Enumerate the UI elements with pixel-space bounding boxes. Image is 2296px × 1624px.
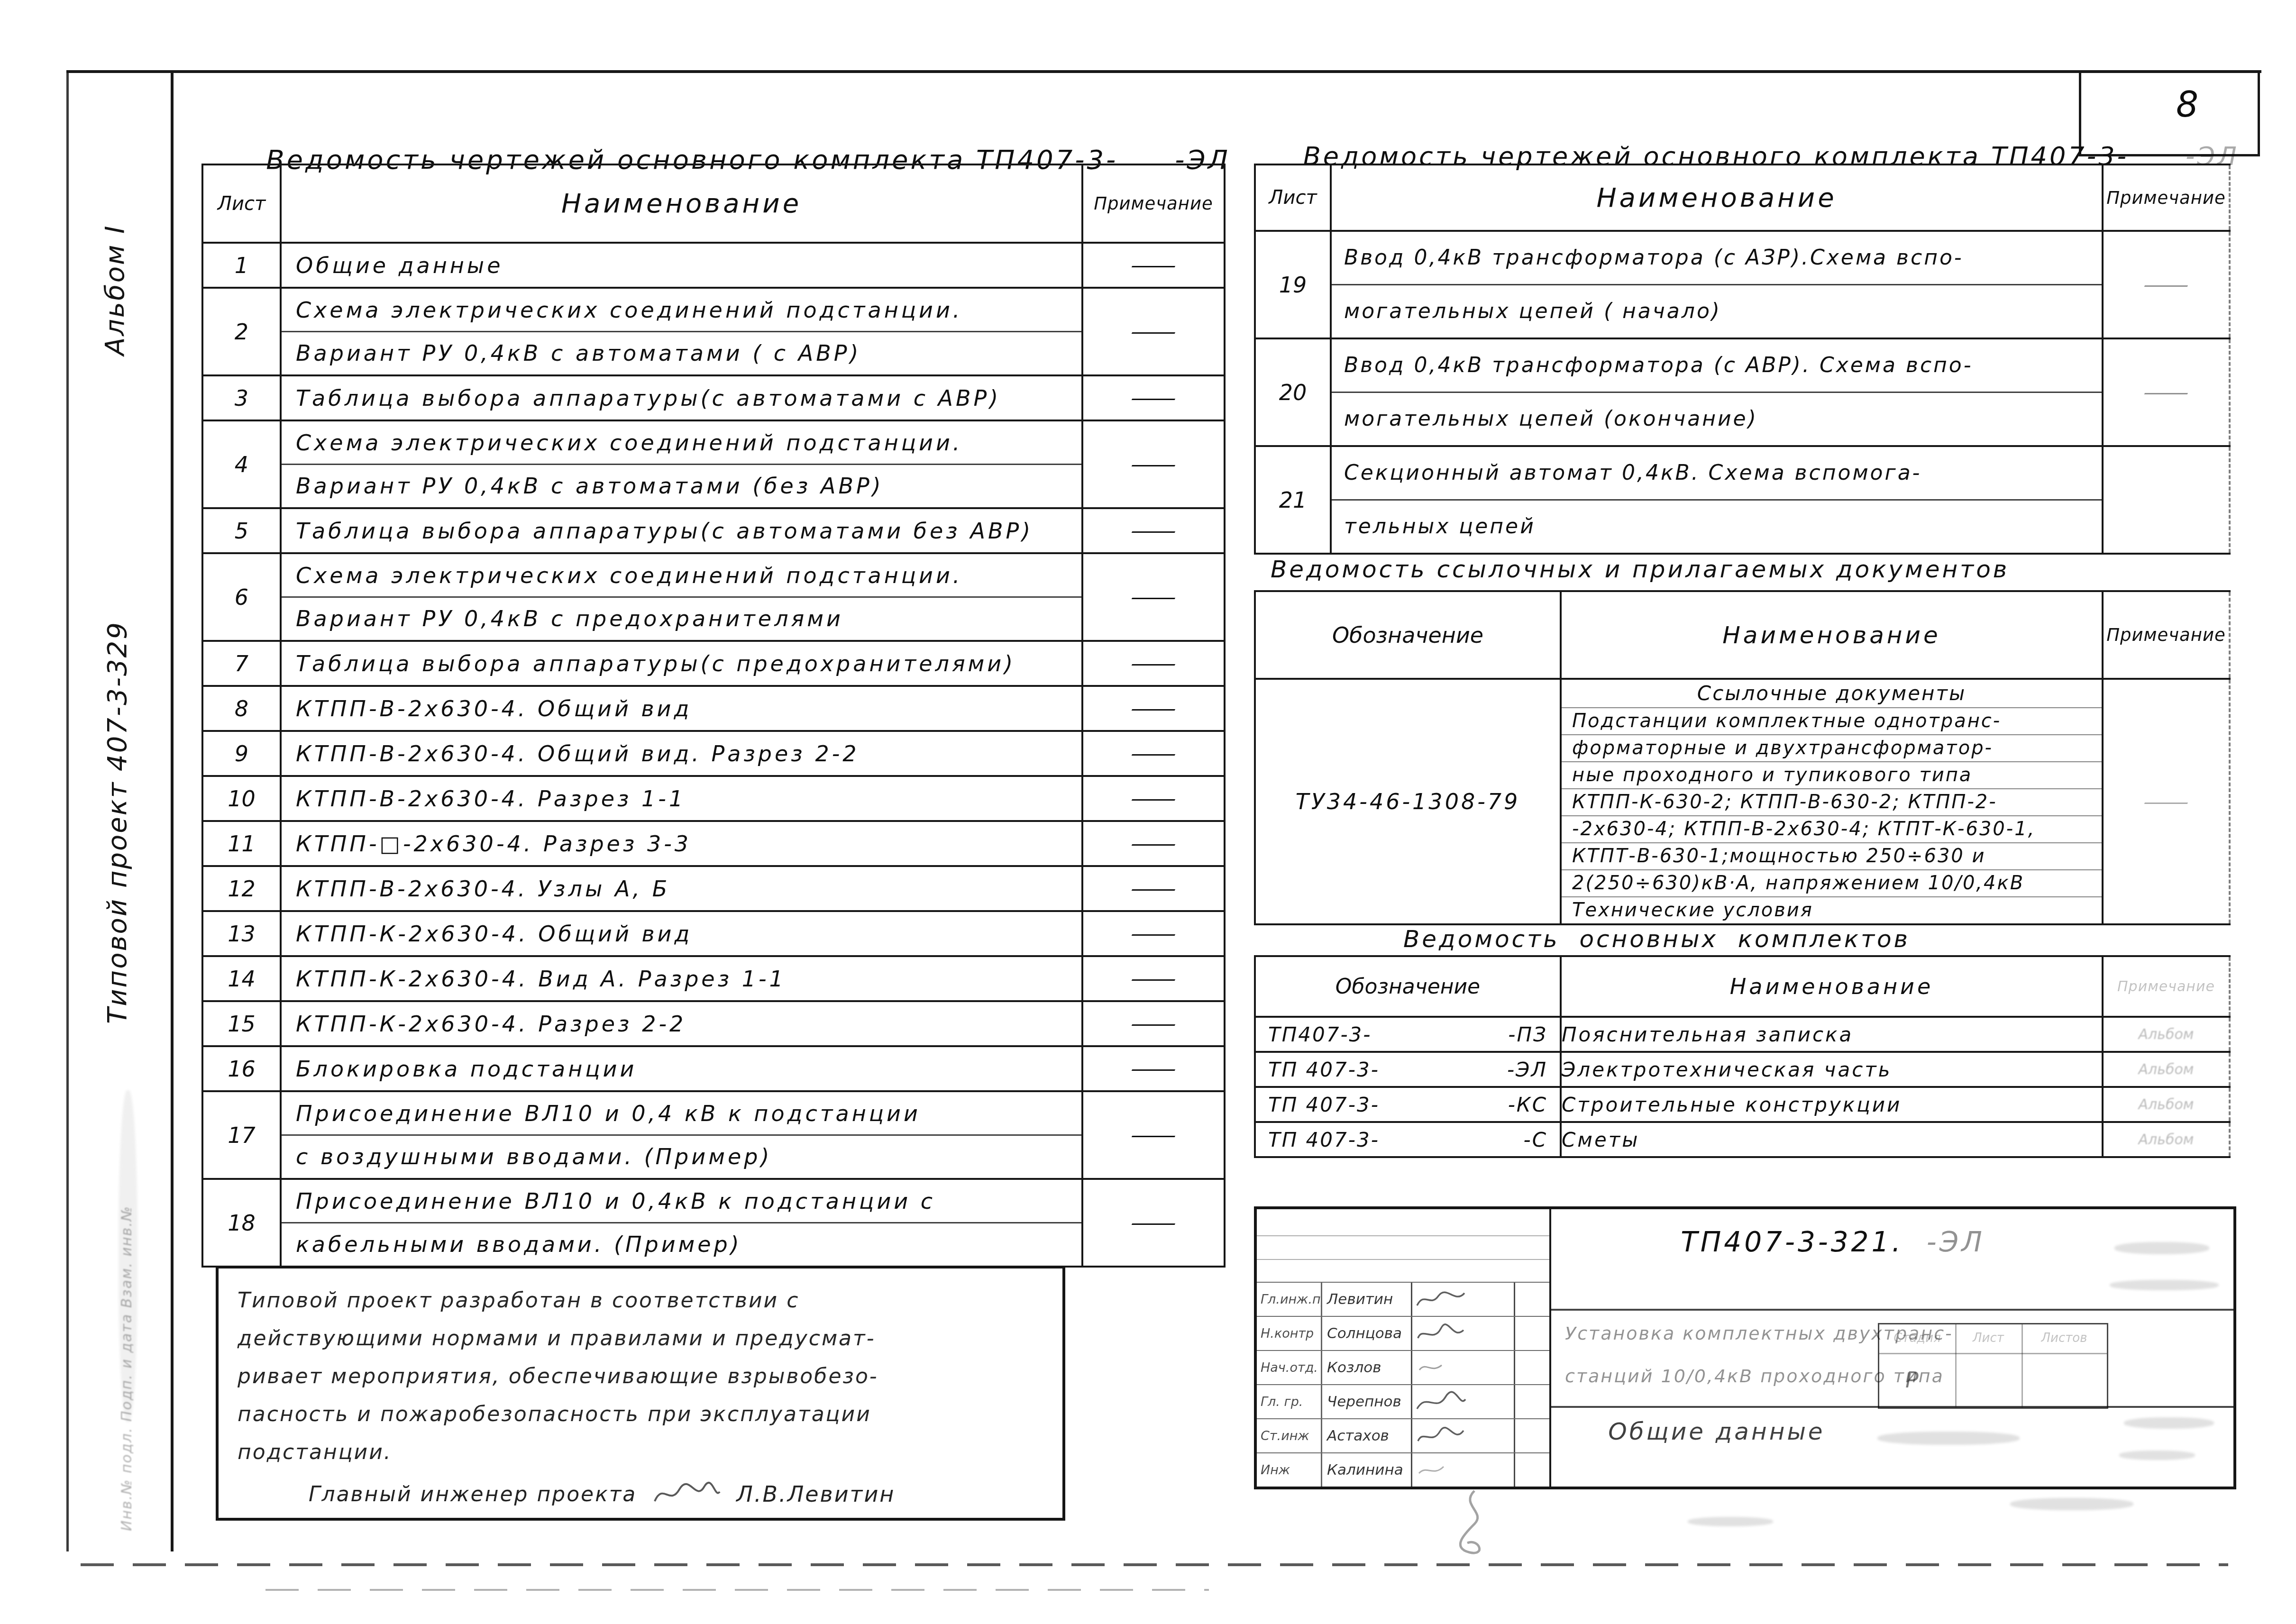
title-block-divider [1549,1309,2233,1311]
title-block-faint-line [1257,1259,1549,1260]
sheet-title-line: КТПП-В-2х630-4. Разрез 1-1 [282,778,1081,820]
sheet-number: 17 [202,1091,281,1179]
sheet-title-line: Схема электрических соединений подстанци… [282,555,1081,596]
ref-doc-line: Подстанции комплектные однотранс- [1562,707,2102,734]
sheet-number: 8 [202,686,281,731]
sheet-title-line: могательных цепей (окончание) [1332,392,2102,445]
col-header-sheet: Лист [202,164,281,243]
signature-icon [651,1480,722,1508]
spine-divider-line [171,70,174,1551]
sheet-number: 3 [202,375,281,420]
set-name: Строительные конструкции [1561,1087,2103,1122]
note-dash: — [1130,652,1178,675]
sheet-title-line: Вариант РУ 0,4кВ с предохранителями [282,596,1081,639]
note-dash: — [1130,585,1178,609]
sheet-number: 12 [202,866,281,911]
table-row: 14КТПП-К-2х630-4. Вид А. Разрез 1-1— [202,956,1225,1001]
note-dash: — [1130,1123,1178,1147]
set-note: Альбом [2139,1061,2194,1078]
note-dash: — [1130,877,1178,900]
table-row: ТП 407-3--КССтроительные конструкцииАльб… [1255,1087,2230,1122]
table-row: 3Таблица выбора аппаратуры(с автоматами … [202,375,1225,420]
noise [2110,1280,2219,1290]
table-header-row: Обозначение Наименование Примечание [1255,591,2230,679]
table-row: 5Таблица выбора аппаратуры(с автоматами … [202,508,1225,553]
frame-bottom-dashed-line [81,1563,2228,1566]
sheet-number: 2 [202,288,281,375]
sheet-number: 7 [202,641,281,686]
frame-top-line [66,70,2261,73]
sheet-title-line: КТПП-К-2х630-4. Вид А. Разрез 1-1 [282,958,1081,1000]
table-header-row: Лист Наименование Примечание [202,164,1225,243]
signatory-name: Левитин [1321,1283,1411,1316]
note-dash: — [1130,832,1178,855]
sheet-number: 19 [1255,231,1331,338]
sheet-col-label: Лист [1955,1331,2022,1345]
title-block-doc-name: Общие данные [1560,1418,1873,1445]
stage-value: Р [1905,1367,1919,1393]
signoff-row: Главный инженер проекта Л.В.Левитин [309,1480,1043,1508]
signature-icon [1412,1287,1469,1311]
project-note-block: Типовой проект разработан в соответствии… [216,1266,1065,1521]
sheet-title-line: Общие данные [282,245,1081,286]
signatory-name: Калинина [1321,1453,1411,1487]
sheet-title-line: Вариант РУ 0,4кВ с автоматами (без АВР) [282,464,1081,507]
signatory-row: ИнжКалинина [1257,1452,1549,1487]
signatory-row: Нач.отд.Козлов [1257,1350,1549,1384]
table-row: 15КТПП-К-2х630-4. Разрез 2-2— [202,1001,1225,1046]
ref-docs-title: Ведомость ссылочных и прилагаемых докуме… [1271,556,2009,583]
sheet-title-line: кабельными вводами. (Пример) [282,1222,1081,1265]
note-dash: — [1130,320,1178,343]
table-row: 13КТПП-К-2х630-4. Общий вид— [202,911,1225,956]
set-code-suffix: -ПЗ [1508,1023,1547,1046]
ref-doc-line: Ссылочные документы [1562,680,2102,707]
signoff-name: Л.В.Левитин [736,1481,895,1507]
signatory-role: Ст.инж [1257,1429,1321,1443]
signature-icon [1412,1390,1469,1414]
note-dash: — [1130,519,1178,542]
signatory-role: Гл. гр. [1257,1395,1321,1409]
noise [2119,1451,2195,1460]
sheet-title-line: могательных цепей ( начало) [1332,284,2102,338]
ref-doc-code: ТУ34-46-1308-79 [1255,679,1561,924]
table-row: 11КТПП-□-2х630-4. Разрез 3-3— [202,821,1225,866]
noise [2124,1417,2214,1429]
sheet-number: 1 [202,243,281,288]
sheet-title-line: КТПП-В-2х630-4. Общий вид. Разрез 2-2 [282,733,1081,775]
signature-icon [1412,1356,1469,1379]
set-name: Пояснительная записка [1561,1017,2103,1052]
signatories: Гл.инж.прЛевитин Н.контрСолнцова Нач.отд… [1257,1282,1549,1487]
set-code-suffix: -С [1524,1128,1547,1151]
note-dash: — [1130,742,1178,765]
note-dash: — [1130,1057,1178,1080]
note-dash: — [1130,922,1178,945]
table-row: 17Присоединение ВЛ10 и 0,4 кВ к подстанц… [202,1091,1225,1179]
right-sheet-list-table: Лист Наименование Примечание 19Ввод 0,4к… [1254,164,2231,555]
table-row: ТП407-3--ПЗПояснительная запискаАльбом [1255,1017,2230,1052]
signatory-name: Солнцова [1321,1317,1411,1350]
sheet-title-line: Схема электрических соединений подстанци… [282,289,1081,331]
table-row: 2Схема электрических соединений подстанц… [202,288,1225,375]
sheet-title-line: КТПП-В-2х630-4. Узлы А, Б [282,868,1081,910]
set-note: Альбом [2139,1026,2194,1043]
note-dash: — [1130,453,1178,476]
set-note: Альбом [2139,1131,2194,1148]
sheet-title-line: КТПП-К-2х630-4. Разрез 2-2 [282,1003,1081,1045]
sheet-number: 6 [202,553,281,641]
spine-project-label: Типовой проект 407-3-329 [102,621,133,1024]
sheet-title-line: Таблица выбора аппаратуры(с автоматами с… [282,377,1081,419]
sheet-title-line: Ввод 0,4кВ трансформатора (с АЗР).Схема … [1332,232,2102,284]
noise [1688,1517,1773,1526]
title-block-faint-line [1257,1235,1549,1236]
ref-doc-line: -2х630-4; КТПП-В-2х630-4; КТПТ-К-630-1, [1562,815,2102,842]
table-row: 4Схема электрических соединений подстанц… [202,420,1225,508]
sheet-title-line: Присоединение ВЛ10 и 0,4кВ к подстанции … [282,1180,1081,1222]
stage-col-label: Стадия [1879,1331,1955,1345]
signature-icon [1412,1424,1469,1448]
stage-grid-line [1879,1353,2107,1354]
sheet-number: 20 [1255,338,1331,446]
pagebox-right-line [2258,70,2260,156]
note-dash: — [1130,386,1178,410]
title-block: ТП407-3-321. -ЭЛ Установка комплектных д… [1254,1206,2236,1489]
table-row: 16Блокировка подстанции— [202,1046,1225,1091]
ref-doc-line: 2(250÷630)кВ·А, напряжением 10/0,4кВ [1562,869,2102,896]
spine-album-label: Альбом I [100,225,130,356]
table-row: 21Секционный автомат 0,4кВ. Схема вспомо… [1255,446,2230,554]
note-dash: — [1130,697,1178,720]
ref-doc-line: КТПП-К-630-2; КТПП-В-630-2; КТПП-2- [1562,788,2102,815]
title-block-code: ТП407-3-321. -ЭЛ [1551,1226,2115,1258]
col-header-note: Примечание [1082,164,1225,243]
signatory-role: Н.контр [1257,1326,1321,1341]
sheet-number: 13 [202,911,281,956]
noise [1877,1432,2020,1445]
sheet-number: 10 [202,776,281,821]
scanned-drawing-sheet: 8 Альбом I Типовой проект 407-3-329 Инв.… [0,0,2296,1624]
ref-doc-line: ные проходного и тупикового типа [1562,761,2102,788]
sheet-title-line: Схема электрических соединений подстанци… [282,422,1081,464]
col-header-name: Наименование [1561,591,2103,679]
table-row: ТП 407-3--ЭЛЭлектротехническая частьАльб… [1255,1052,2230,1087]
col-header-code: Обозначение [1255,956,1561,1017]
col-header-sheet: Лист [1255,164,1331,231]
note-line: ривает мероприятия, обеспечивающие взрыв… [238,1358,1043,1396]
table-row: ТУ34-46-1308-79 Ссылочные документы Подс… [1255,679,2230,924]
signature-icon [1412,1458,1469,1482]
set-code: ТП 407-3- [1268,1093,1380,1116]
note-dash: — [2142,790,2190,813]
set-code-suffix: -КС [1508,1093,1547,1116]
signatory-role: Гл.инж.пр [1257,1292,1321,1307]
col-header-note: Примечание [2103,164,2230,231]
table-header-row: Лист Наименование Примечание [1255,164,2230,231]
sheet-title-line: Таблица выбора аппаратуры(с предохраните… [282,643,1081,684]
ref-doc-line: форматорные и двухтрансформатор- [1562,734,2102,761]
table-row: 8КТПП-В-2х630-4. Общий вид— [202,686,1225,731]
signatory-name: Астахов [1321,1419,1411,1452]
title-block-code-suffix: -ЭЛ [1927,1226,1985,1258]
signatory-role: Нач.отд. [1257,1360,1321,1375]
noise [119,1090,137,1422]
frame-left-line [66,70,69,1551]
frame-bottom-dashed-line-2 [265,1589,1209,1591]
col-header-name: Наименование [1561,956,2103,1017]
note-dash: — [1130,1211,1178,1234]
stage-grid: Стадия Лист Листов Р [1878,1323,2108,1409]
table-row: 7Таблица выбора аппаратуры(с предохранит… [202,641,1225,686]
signatory-row: Гл.инж.прЛевитин [1257,1282,1549,1316]
sheet-title-line: Ввод 0,4кВ трансформатора (с АВР). Схема… [1332,339,2102,392]
table-row: 19Ввод 0,4кВ трансформатора (с АЗР).Схем… [1255,231,2230,338]
table-row: 10КТПП-В-2х630-4. Разрез 1-1— [202,776,1225,821]
noise [2114,1242,2209,1254]
note-dash: — [2142,381,2190,404]
signature-icon [1412,1322,1469,1345]
sheet-number: 4 [202,420,281,508]
signatory-name: Черепнов [1321,1385,1411,1418]
sheet-title-line: КТПП-К-2х630-4. Общий вид [282,913,1081,955]
sheet-title-line: Присоединение ВЛ10 и 0,4 кВ к подстанции [282,1093,1081,1134]
sheet-title-line: с воздушными вводами. (Пример) [282,1134,1081,1177]
note-dash: — [2142,273,2190,296]
set-name: Электротехническая часть [1561,1052,2103,1087]
sheet-number: 14 [202,956,281,1001]
signatory-name: Козлов [1321,1351,1411,1384]
note-dash: — [1130,254,1178,277]
sheet-number: 16 [202,1046,281,1091]
col-header-name: Наименование [281,164,1082,243]
table-row: 20Ввод 0,4кВ трансформатора (с АВР). Схе… [1255,338,2230,446]
sheet-title-line: Секционный автомат 0,4кВ. Схема вспомога… [1332,447,2102,499]
sheet-number: 21 [1255,446,1331,554]
ref-docs-table: Обозначение Наименование Примечание ТУ34… [1254,590,2231,925]
set-code: ТП407-3- [1268,1023,1372,1046]
set-note: Альбом [2139,1096,2194,1113]
table-row: ТП 407-3--ССметыАльбом [1255,1122,2230,1157]
col-header-code: Обозначение [1255,591,1561,679]
ref-doc-line: Технические условия [1562,896,2102,923]
main-sets-title: Ведомость основных комплектов [1403,925,1910,953]
col-header-note: Примечание [2103,956,2230,1017]
note-line: пасность и пожаробезопасность при эксплу… [238,1396,1043,1433]
signatory-row: Н.контрСолнцова [1257,1316,1549,1350]
sheet-title-line: КТПП-□-2х630-4. Разрез 3-3 [282,823,1081,865]
col-header-note: Примечание [2103,591,2230,679]
table-header-row: Обозначение Наименование Примечание [1255,956,2230,1017]
signatory-row: Гл. гр.Черепнов [1257,1384,1549,1418]
note-line: действующими нормами и правилами и преду… [238,1320,1043,1358]
sheet-number: 15 [202,1001,281,1046]
set-code-suffix: -ЭЛ [1507,1058,1547,1081]
ref-doc-line: КТПТ-В-630-1;мощностью 250÷630 и [1562,842,2102,869]
table-row: 12КТПП-В-2х630-4. Узлы А, Б— [202,866,1225,911]
set-code: ТП 407-3- [1268,1058,1380,1081]
flourish-signature-icon [1441,1486,1508,1557]
table-row: 18Присоединение ВЛ10 и 0,4кВ к подстанци… [202,1179,1225,1267]
set-name: Сметы [1561,1122,2103,1157]
sheet-title-line: КТПП-В-2х630-4. Общий вид [282,688,1081,730]
noise [2010,1498,2133,1510]
main-sets-table: Обозначение Наименование Примечание ТП40… [1254,955,2231,1158]
signoff-label: Главный инженер проекта [309,1482,637,1506]
signatory-role: Инж [1257,1463,1321,1478]
table-row: 9КТПП-В-2х630-4. Общий вид. Разрез 2-2— [202,731,1225,776]
sheet-title-line: Вариант РУ 0,4кВ с автоматами ( с АВР) [282,331,1081,374]
sheet-number: 5 [202,508,281,553]
note-dash: — [1130,787,1178,810]
sheet-title-line: тельных цепей [1332,499,2102,553]
sheet-number: 9 [202,731,281,776]
sheets-col-label: Листов [2022,1331,2107,1345]
sheet-number: 11 [202,821,281,866]
set-code: ТП 407-3- [1268,1128,1380,1151]
note-line: подстанции. [238,1433,1043,1471]
note-dash: — [1130,1012,1178,1035]
table-row: 1Общие данные— [202,243,1225,288]
sheet-title-line: Таблица выбора аппаратуры(с автоматами б… [282,510,1081,552]
sheet-title-line: Блокировка подстанции [282,1048,1081,1090]
left-sheet-list-table: Лист Наименование Примечание 1Общие данн… [201,164,1226,1268]
note-dash: — [1130,967,1178,990]
signatory-row: Ст.инжАстахов [1257,1418,1549,1452]
col-header-name: Наименование [1331,164,2103,231]
sheet-number: 18 [202,1179,281,1267]
table-row: 6Схема электрических соединений подстанц… [202,553,1225,641]
note-line: Типовой проект разработан в соответствии… [238,1282,1043,1320]
